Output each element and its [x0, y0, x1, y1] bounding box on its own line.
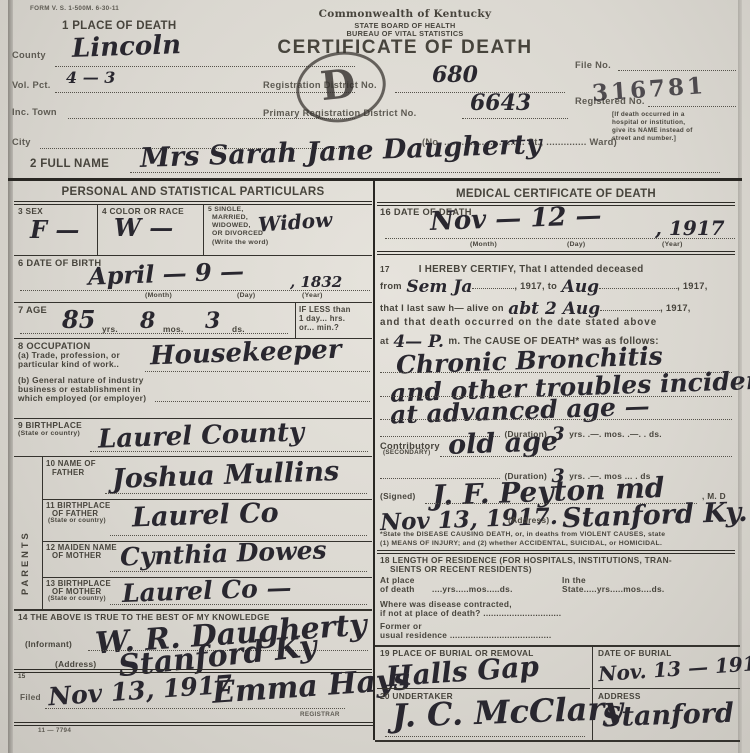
mother-bp-dotted: [110, 604, 367, 605]
last-saw-prefix: that I last saw h— alive on: [380, 303, 504, 313]
signed-address-value: Stanford Ky.: [562, 499, 748, 532]
hospital-note-line2: hospital or institution,: [612, 120, 685, 127]
personal-title-rule: [14, 201, 372, 205]
dotted-leader: [599, 276, 677, 289]
mother-bp-value: Laurel Co —: [122, 575, 292, 606]
burial-date-label: DATE OF BURIAL: [598, 649, 672, 658]
informant-label: (Informant): [25, 640, 72, 649]
father-bp-dotted: [110, 535, 367, 536]
dob-value: April — 9 —: [88, 259, 245, 288]
d-stamp-letter: D: [318, 60, 357, 110]
at-place-units: ....yrs.....mos.....ds.: [432, 585, 513, 594]
registrar-label: REGISTRAR: [300, 712, 340, 719]
dotted-leader: [600, 298, 660, 311]
occupation-dotted: [145, 371, 370, 372]
city-label: City: [12, 137, 31, 147]
contributory-dotted: [440, 456, 732, 457]
row-line-2: [14, 302, 372, 303]
last-saw-suffix: , 1917,: [660, 303, 691, 313]
occupation-b-dotted: [155, 401, 370, 402]
hospital-note-line4: street and number.]: [612, 136, 676, 143]
registration-district-value: 680: [432, 64, 478, 86]
marital-label-1: 5 SINGLE,: [208, 206, 244, 213]
in-state-line2: State.....yrs.....mos....ds.: [562, 585, 664, 594]
mother-bp-label-line3: (State or country): [48, 596, 106, 603]
undertaker-address-label: ADDRESS: [598, 692, 641, 701]
dob-year: , 1832: [290, 275, 342, 290]
father-dotted: [105, 493, 367, 494]
informant-address-label: (Address): [55, 660, 96, 669]
dod-month-sublabel: (Month): [470, 241, 497, 248]
footnote-rule: [377, 550, 735, 554]
certificate-title: CERTIFICATE OF DEATH: [255, 38, 555, 59]
former-line2: usual residence ........................…: [380, 631, 551, 640]
birthplace-sublabel: (State or country): [18, 430, 80, 437]
at-place-line2: of death: [380, 585, 415, 594]
dob-dotted: [20, 290, 370, 291]
registered-no-stamp: 316781: [591, 72, 707, 107]
dod-year-sublabel: (Year): [662, 241, 683, 248]
from-label: from: [380, 281, 402, 291]
sex-race-divider: [97, 204, 98, 255]
marital-label-2: MARRIED,: [212, 214, 248, 221]
form-number: FORM V. S. 1-500M. 6-30-11: [30, 6, 119, 13]
at-label: at: [380, 336, 389, 346]
dod-dotted: [385, 238, 735, 239]
marital-label-3: WIDOWED,: [212, 222, 251, 229]
filed-number: 15: [18, 674, 26, 681]
age-months-value: 8: [140, 310, 155, 332]
column-divider: [373, 181, 375, 740]
age-dotted: [20, 333, 288, 334]
contributory-value: old age: [448, 428, 559, 459]
dotted-leader: [472, 276, 514, 289]
father-label-line2: FATHER: [52, 469, 84, 478]
dob-month-sublabel: (Month): [145, 292, 172, 299]
duration1-units: yrs. .—. mos. .—. . ds.: [569, 429, 662, 439]
inc-town-label: Inc. Town: [12, 107, 57, 117]
last-saw-line: that I last saw h— alive on abt 2 Aug, 1…: [380, 298, 732, 318]
registered-no-dotted: [648, 106, 736, 107]
row-line-4: [14, 418, 372, 419]
primary-district-value: 6643: [470, 92, 531, 114]
age-ifless-divider: [295, 302, 296, 338]
contracted-line2: if not at place of death? ..............…: [380, 609, 561, 618]
hospital-note-line1: [If death occurred in a: [612, 112, 685, 119]
if-less-line3: or... min.?: [299, 324, 339, 333]
marital-label-5: (Write the word): [212, 239, 268, 246]
row-line-1: [14, 255, 372, 256]
race-marital-divider: [203, 204, 204, 255]
commonwealth-heading: Commonwealth of Kentucky: [265, 9, 545, 21]
left-bottom-rule: [14, 722, 374, 726]
undertaker-value: J. C. McClary: [392, 692, 624, 732]
county-label: County: [12, 50, 46, 60]
sex-value: F —: [30, 218, 79, 242]
residence-label-line2: SIENTS OR RECENT RESIDENTS): [390, 565, 532, 574]
birthplace-value: Laurel County: [98, 419, 305, 452]
medical-section-title: MEDICAL CERTIFICATE OF DEATH: [377, 188, 735, 201]
hospital-note-line3: give its NAME instead of: [612, 128, 693, 135]
marital-value: Widow: [257, 209, 332, 234]
cause-dotted-3: [380, 419, 732, 420]
parents-divider: [42, 456, 43, 609]
undertaker-dotted: [385, 736, 585, 737]
to-suffix: , 1917,: [677, 281, 708, 291]
last-saw-value: abt 2 Aug: [508, 299, 600, 319]
signed-label: (Signed): [380, 492, 416, 501]
cause-footnote-line2: (1) MEANS OF INJURY; and (2) whether ACC…: [380, 540, 736, 547]
dod-bottom-rule: [377, 251, 735, 255]
father-bp-value: Laurel Co: [132, 499, 280, 531]
age-years-value: 85: [62, 308, 95, 332]
age-days-value: 3: [205, 310, 220, 332]
age-label: 7 AGE: [18, 305, 47, 315]
full-name-label: 2 FULL NAME: [30, 158, 109, 171]
attended-to-value: Aug: [562, 277, 599, 297]
county-value: Lincoln: [72, 32, 182, 62]
race-value: W —: [114, 216, 173, 240]
header-divider: [8, 178, 742, 181]
primary-district-dotted: [462, 118, 568, 119]
occupation-b-line3: which employed (or employer): [18, 394, 146, 403]
vol-pct-label: Vol. Pct.: [12, 80, 51, 90]
burial-left-line: [377, 688, 590, 689]
date-of-death-year: , 1917: [655, 218, 725, 238]
cause-footnote-line1: *State the DISEASE CAUSING DEATH, or, in…: [380, 531, 736, 538]
filed-label: Filed: [20, 693, 41, 702]
secondary-label: (SECONDARY): [383, 450, 431, 457]
birthplace-label: 9 BIRTHPLACE: [18, 421, 82, 430]
certify-text: I HEREBY CERTIFY, That I attended deceas…: [419, 264, 644, 275]
father-value: Joshua Mullins: [112, 458, 340, 493]
occupation-a-line2: particular kind of work..: [18, 360, 119, 369]
personal-section-title: PERSONAL AND STATISTICAL PARTICULARS: [14, 186, 372, 199]
cause-line3-value: at advanced age —: [390, 393, 650, 427]
vol-pct-value: 4 — 3: [66, 70, 115, 86]
certify-line: 17 I HEREBY CERTIFY, That I attended dec…: [380, 259, 732, 277]
marital-label-4: OR DIVORCED: [212, 230, 263, 237]
bottom-scan-code: 11 — 7794: [38, 728, 71, 735]
birthplace-dotted: [90, 451, 368, 452]
full-name-value: Mrs Sarah Jane Daugherty: [140, 131, 542, 172]
attended-from-value: Sem Ja: [406, 277, 472, 297]
dob-day-sublabel: (Day): [237, 292, 256, 299]
dod-day-sublabel: (Day): [567, 241, 586, 248]
mother-label-line2: OF MOTHER: [52, 552, 101, 561]
from-suffix: , 1917, to: [514, 281, 557, 291]
filed-dotted: [45, 708, 345, 709]
filed-date-value: Nov 13, 1917: [47, 672, 233, 710]
dob-year-sublabel: (Year): [302, 292, 323, 299]
certify-number: 17: [380, 264, 390, 274]
father-bp-label-line3: (State or country): [48, 518, 106, 525]
occupation-value: Housekeeper: [150, 337, 342, 370]
burial-top-rule: [375, 645, 740, 647]
death-certificate-scan: FORM V. S. 1-500M. 6-30-11 1 PLACE OF DE…: [0, 0, 750, 753]
burial-bottom-rule: [375, 740, 740, 742]
file-no-dotted: [618, 70, 736, 71]
mother-value: Cynthia Dowes: [120, 537, 327, 569]
undertaker-address-value: Stanford: [602, 700, 735, 732]
occurred-text: and that death occurred on the date stat…: [380, 318, 732, 329]
attended-from-line: from Sem Ja, 1917, to Aug, 1917,: [380, 276, 732, 296]
mother-dotted: [110, 571, 367, 572]
signed-address-label: (Address): [508, 516, 549, 525]
parents-vertical-label: PARENTS: [20, 485, 30, 595]
date-of-death-value: Nov — 12 —: [430, 203, 602, 235]
file-no-label: File No.: [575, 60, 611, 70]
burial-place-value: Halls Gap: [385, 653, 540, 692]
full-name-dotted: [130, 172, 720, 173]
